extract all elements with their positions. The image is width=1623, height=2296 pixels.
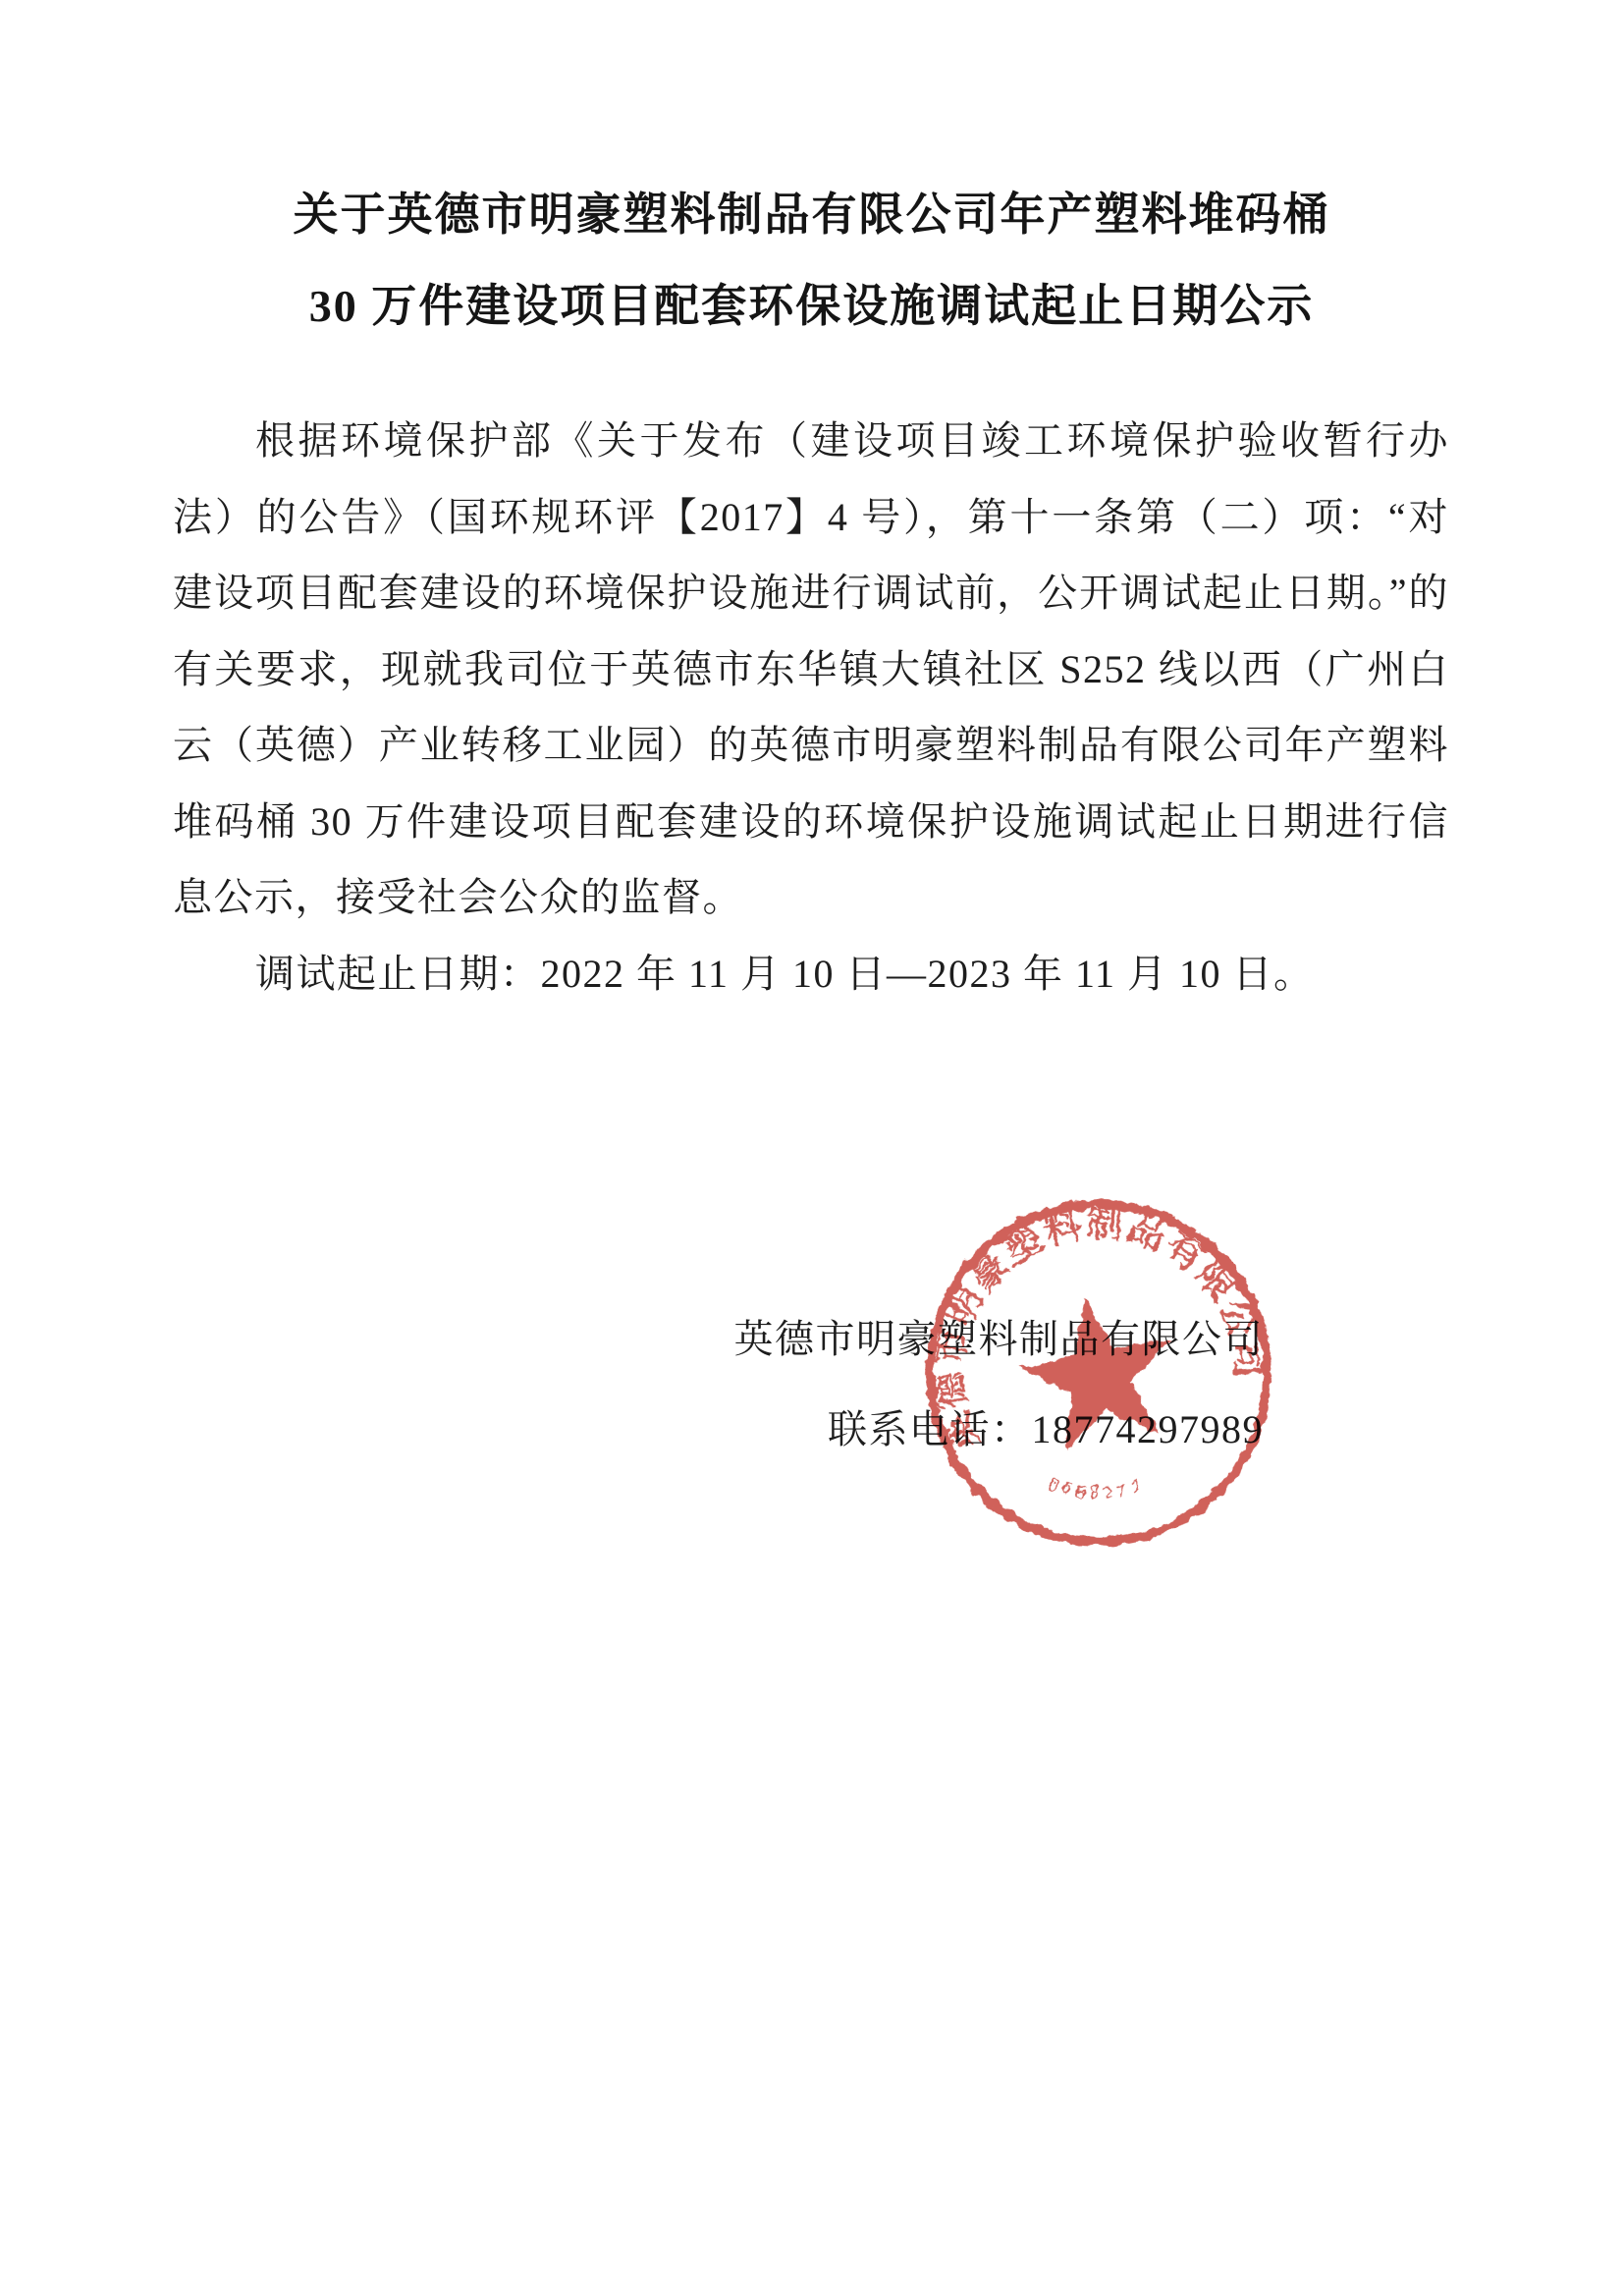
body-paragraph-1: 根据环境保护部《关于发布（建设项目竣工环境保护验收暂行办法）的公告》（国环规环评…: [173, 403, 1449, 936]
body-paragraph-2: 调试起止日期：2022 年 11 月 10 日—2023 年 11 月 10 日…: [173, 936, 1449, 1012]
signature-company: 英德市明豪塑料制品有限公司: [0, 1294, 1264, 1385]
document-title: 关于英德市明豪塑料制品有限公司年产塑料堆码桶 30 万件建设项目配套环保设施调试…: [157, 169, 1466, 352]
announcement-page: 关于英德市明豪塑料制品有限公司年产塑料堆码桶 30 万件建设项目配套环保设施调试…: [0, 0, 1623, 2296]
title-line-2: 30 万件建设项目配套环保设施调试起止日期公示: [157, 260, 1466, 352]
title-line-1: 关于英德市明豪塑料制品有限公司年产塑料堆码桶: [157, 169, 1466, 260]
signature-block: 英德市明豪塑料制品有限公司 联系电话：18774297989: [0, 1294, 1623, 1475]
signature-phone: 联系电话：18774297989: [0, 1385, 1264, 1475]
